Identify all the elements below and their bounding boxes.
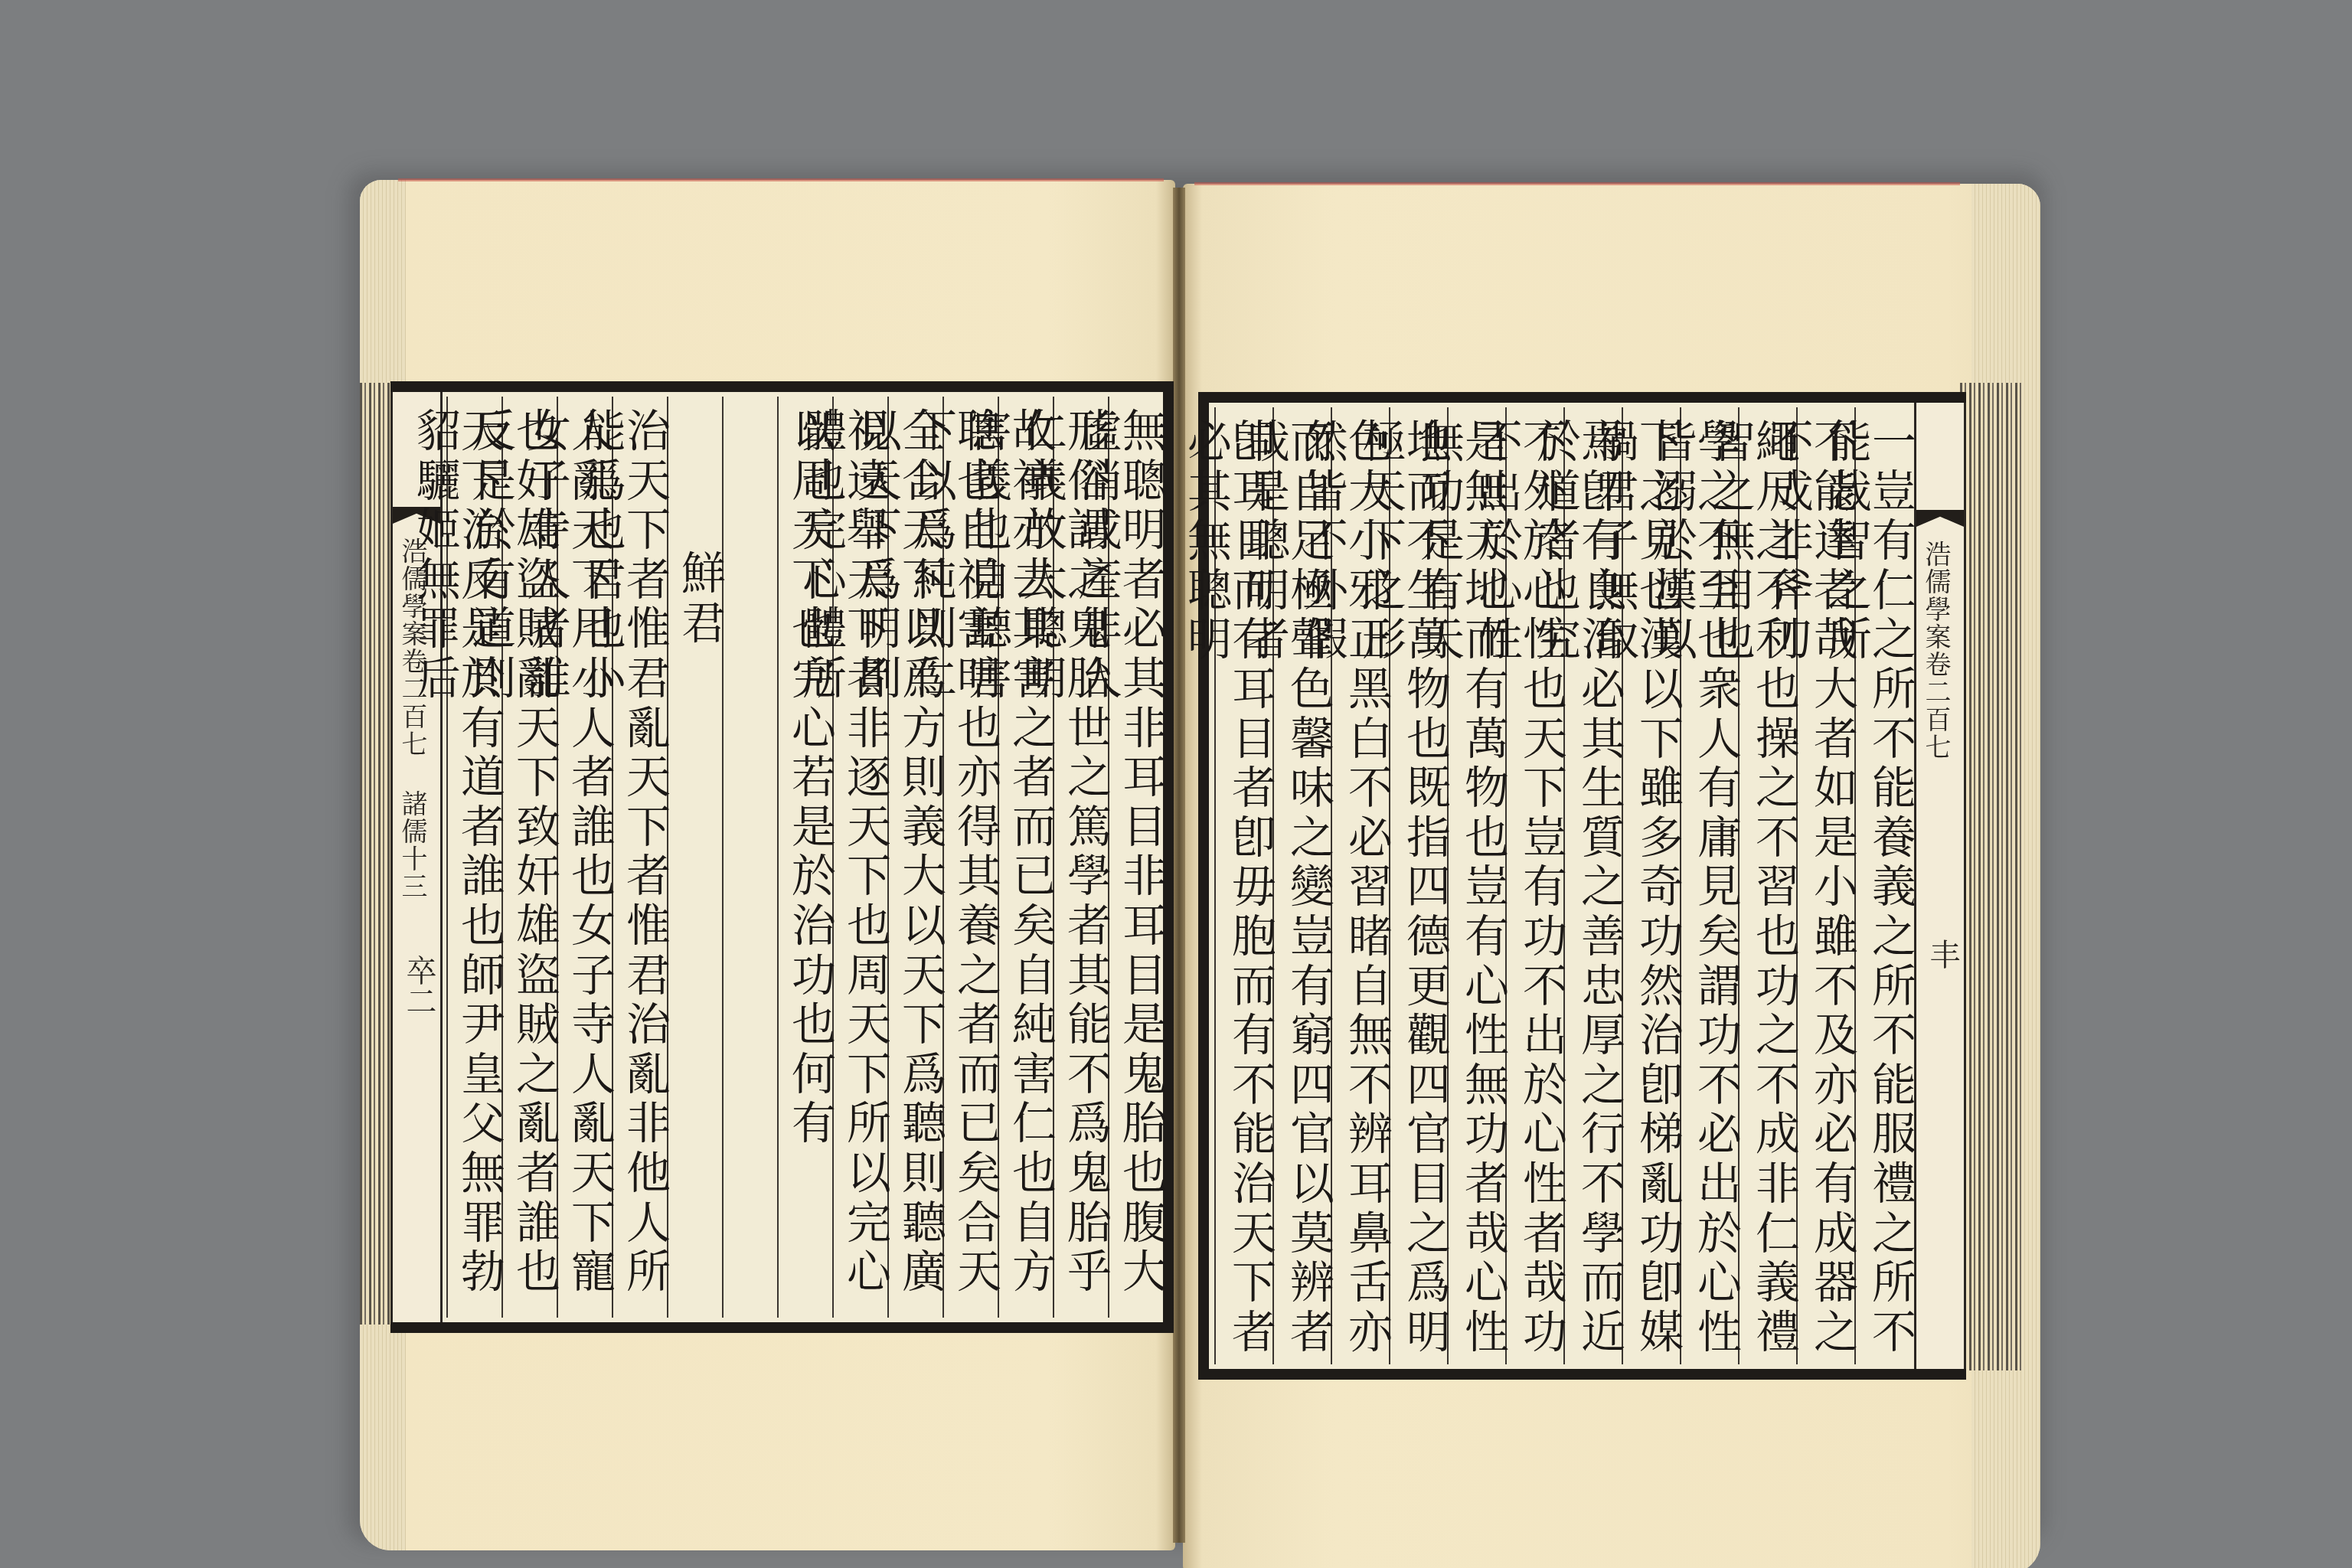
text-column: 繩尺之不利也操之不習也功之不成非仁義禮智之無用也 <box>1738 407 1796 1364</box>
text-column: 是無天地而有萬物也豈有心性無功者哉心性無功是有天 <box>1447 407 1505 1364</box>
text-column: 地而不生萬物也既指四德更觀四官目之爲明極天下之形 <box>1389 407 1447 1364</box>
empty-column <box>722 397 777 1318</box>
text-column: 卽耳目而有耳目者卽毋胞而有不能治天下者必其無聰明 <box>1214 407 1272 1364</box>
text-column: 不外於心性也天下豈有功不出於心性者哉功不出於心性 <box>1505 407 1563 1364</box>
right-fore-edge-print-bleed <box>1960 383 2021 1370</box>
text-column: 形俗謂之鬼胎世之篤學者其能不爲鬼胎乎仁義故大聰明 <box>1053 397 1108 1318</box>
text-column: 而自足極聲色馨味之變豈有窮四官以莫辨者哉是聰明者 <box>1272 407 1331 1364</box>
left-page-number: 卒二 <box>397 955 441 1016</box>
text-column: 也奸雄盜賊亂天下致奸雄盜賊之亂者誰也反是於有道則 <box>501 397 557 1318</box>
text-column: 不能達者哉大者如是小雖不及亦必有成器之不成非斧刀 <box>1796 407 1854 1364</box>
right-page-number: 丰 <box>1921 939 1965 969</box>
text-column: 無聰明者必其非耳目非耳目是鬼胎也腹大虛消或產非人 <box>1108 397 1163 1318</box>
text-column: 治天下者惟君亂天下者惟君治亂非他人所能爲也君也小 <box>612 397 667 1318</box>
text-column: 天下治反是於有道者誰也師尹皇父無罪勃貂驪姬無罪后 <box>446 397 501 1318</box>
left-text-columns: 無聰明者必其非耳目非耳目是鬼胎也腹大虛消或產非人 形俗謂之鬼胎世之篤學者其能不爲… <box>439 397 1163 1318</box>
right-margin-label: 浩儒學案卷二百七 <box>1922 541 1949 761</box>
text-column: 故神亦去其害之者而已矣自純害仁也自方害義也自聽害 <box>998 397 1053 1318</box>
text-column: 學之不至也衆人有庸見矣謂功不必出於心性皆溺於漢以 <box>1680 407 1738 1364</box>
right-print-frame: 一豈有仁之所不能養義之所不能服禮之所不能裁智之所 不能達者哉大者如是小雖不及亦必… <box>1198 392 1966 1380</box>
right-banxin-margin-strip: 浩儒學案卷二百七 丰 <box>1914 403 1966 1369</box>
right-text-columns: 一豈有仁之所不能養義之所不能服禮之所不能裁智之所 不能達者哉大者如是小雖不及亦必… <box>1209 407 1913 1364</box>
red-top-edge-right <box>1194 182 1960 185</box>
text-column: 以周天下也完心若是於治功也何有 <box>777 397 832 1318</box>
text-column: 焉卽有良治必其生質之善忠厚之行不學而近於道者也究 <box>1563 407 1622 1364</box>
left-fore-edge-print-bleed <box>360 383 390 1325</box>
text-column: 全合天下以爲方則義大以天下爲聽則聽廣以天下爲明則 <box>887 397 942 1318</box>
text-column: 色大小邪正黑白不必習睹自無不辨耳鼻舌亦然皆不外假 <box>1331 407 1389 1364</box>
left-print-frame: 浩儒學案卷二百七 諸儒十三 卒二 無聰明者必其非耳目非耳目是鬼胎也腹大虛消或產非… <box>390 381 1174 1333</box>
text-column: 下之見也漢以下雖多奇功然治卽梯亂功卽媒禍君子無取 <box>1622 407 1680 1364</box>
fish-tail-mark-icon <box>1916 510 1964 527</box>
red-top-edge-left <box>398 178 1164 181</box>
text-column: 視遠舉天下者非逐天下也周天下所以完心體也完心體所 <box>832 397 887 1318</box>
section-title-column: 鮮君 <box>667 397 722 1318</box>
text-column: 聰也自視害明也亦得其養之者而已矣合天下以爲純則仁 <box>942 397 998 1318</box>
text-column: 人亂天下用小人者誰也女子寺人亂天下寵女子寺人者誰 <box>557 397 612 1318</box>
text-column: 一豈有仁之所不能養義之所不能服禮之所不能裁智之所 <box>1854 407 1913 1364</box>
book-spine-gutter <box>1173 188 1185 1543</box>
